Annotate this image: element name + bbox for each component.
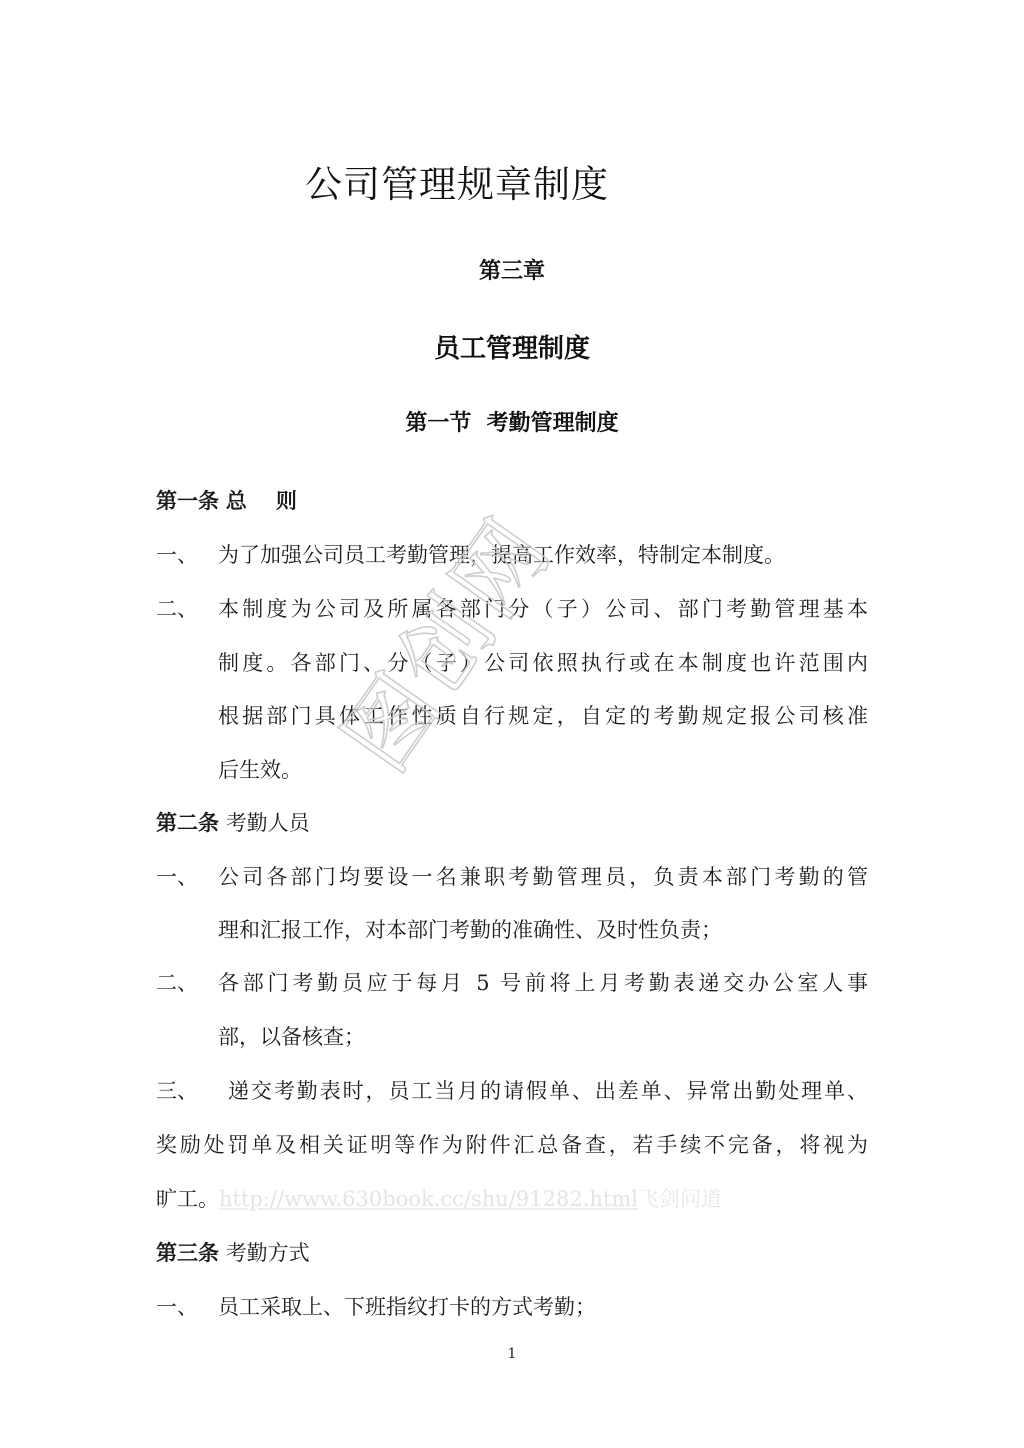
document-page: 公司管理规章制度 第三章 员工管理制度 第一节 考勤管理制度 第一条 总 则 一… (0, 0, 1024, 1448)
section-title: 第一节 考勤管理制度 (0, 408, 1024, 440)
paragraph-line: 理和汇报工作，对本部门考勤的准确性、及时性负责； (218, 915, 722, 945)
paragraph-line: 为了加强公司员工考勤管理，提高工作效率，特制定本制度。 (218, 540, 785, 570)
paragraph-line: 公司各部门均要设一名兼职考勤管理员，负责本部门考勤的管 (218, 862, 868, 892)
page-number: 1 (0, 1344, 1024, 1364)
paragraph-line: 制度。各部门、分（子）公司依照执行或在本制度也许范围内 (218, 648, 868, 678)
paragraph-line-with-link: 旷工。http://www.630book.cc/shu/91282.html飞… (156, 1184, 722, 1214)
paragraph-line: 根据部门具体工作性质自行规定，自定的考勤规定报公司核准 (218, 701, 868, 731)
article-heading: 第一条 总 则 (156, 486, 297, 516)
article-number: 第三条 (156, 1240, 219, 1265)
article-title: 总 则 (226, 488, 297, 513)
item-marker: 二、 (156, 968, 198, 998)
watermark-text: 图创网 (307, 487, 575, 793)
section-title-text: 第一节 考勤管理制度 (405, 411, 618, 436)
item-marker: 一、 (156, 540, 198, 570)
item-marker: 三、 (156, 1076, 198, 1106)
chapter-title: 员工管理制度 (0, 330, 1024, 368)
paragraph-line: 各部门考勤员应于每月 5 号前将上月考勤表递交办公室人事 (218, 968, 868, 998)
chapter-label: 第三章 (0, 256, 1024, 288)
item-marker: 二、 (156, 594, 198, 624)
link-title: 飞剑问道 (638, 1187, 722, 1211)
item-marker: 一、 (156, 862, 198, 892)
paragraph-line: 部，以备核查； (218, 1022, 365, 1052)
external-link[interactable]: http://www.630book.cc/shu/91282.html (219, 1187, 638, 1211)
article-title: 考勤方式 (226, 1241, 310, 1265)
article-title: 考勤人员 (226, 811, 310, 835)
article-heading: 第三条 考勤方式 (156, 1238, 310, 1268)
paragraph-line: 本制度为公司及所属各部门分（子）公司、部门考勤管理基本 (218, 594, 868, 624)
paragraph-line: 员工采取上、下班指纹打卡的方式考勤； (218, 1292, 596, 1322)
paragraph-line: 后生效。 (218, 755, 302, 785)
paragraph-line: 奖励处罚单及相关证明等作为附件汇总备查，若手续不完备，将视为 (156, 1130, 868, 1160)
document-title: 公司管理规章制度 (305, 160, 609, 210)
paragraph-text: 旷工。 (156, 1187, 219, 1211)
item-marker: 一、 (156, 1292, 198, 1322)
paragraph-line: 递交考勤表时，员工当月的请假单、出差单、异常出勤处理单、 (228, 1076, 868, 1106)
article-heading: 第二条 考勤人员 (156, 808, 310, 838)
article-number: 第二条 (156, 810, 219, 835)
article-number: 第一条 (156, 488, 219, 513)
